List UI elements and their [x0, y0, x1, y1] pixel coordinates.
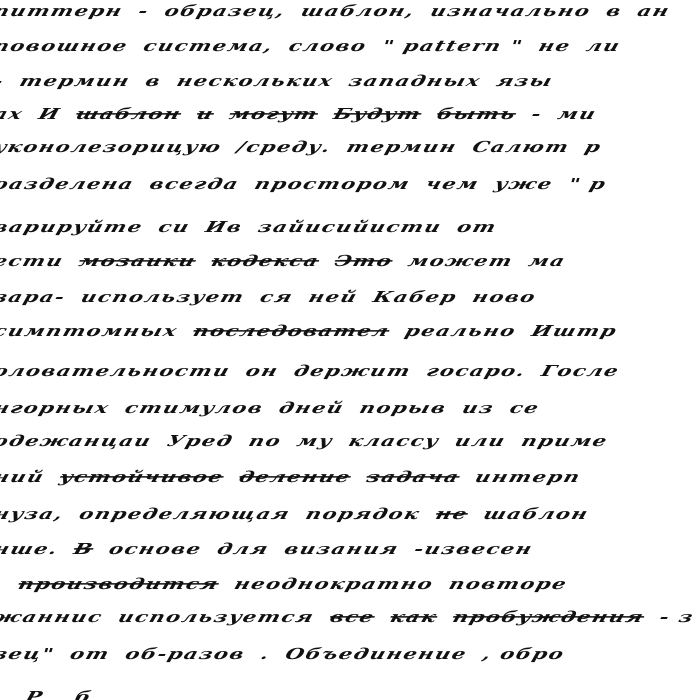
word: - [136, 1, 152, 19]
struck-word: производится [16, 575, 221, 593]
word: одежанцаи [0, 432, 154, 450]
word: простором [252, 175, 412, 193]
word: б [73, 688, 95, 700]
word: шаблон [481, 505, 591, 523]
handwritten-line: ахИшаблонимогутБудутбыть-ми [0, 105, 615, 123]
word: или [453, 432, 509, 450]
handwritten-line: варируйтесиИвзайисийистиот [0, 218, 515, 236]
word: нше. [0, 540, 61, 558]
struck-word: и [195, 105, 217, 123]
word: дней [277, 399, 347, 417]
struck-word: все [328, 608, 378, 626]
word: изначально [428, 1, 593, 19]
word: се [508, 399, 542, 417]
handwritten-line: повошноесистема,слово" pattern "нели [0, 37, 639, 55]
handwritten-line: оазделенавсегдапросторомчемуже" р [0, 175, 625, 193]
word: ли [584, 37, 623, 55]
word: оловательности [0, 362, 233, 380]
word: р [583, 138, 605, 156]
word: ново [470, 288, 538, 306]
handwritten-line: Р б [0, 688, 111, 700]
word: не [536, 37, 573, 55]
word: об-разов [123, 645, 248, 663]
handwritten-line: жаннисиспользуетсявсекакпробуждения- з [0, 608, 700, 626]
word: повошное [0, 37, 131, 55]
word: ней [306, 288, 360, 306]
word: ний [0, 468, 47, 486]
word: ан [635, 1, 672, 19]
handwritten-line: одежанцаиУредпомуклассуилиприме [0, 432, 627, 450]
word: питтерн [0, 1, 126, 19]
struck-word: Это [333, 252, 396, 270]
word: стимулов [123, 399, 266, 417]
word: в [604, 1, 625, 19]
word: Иштр [529, 322, 619, 340]
word: он [244, 362, 282, 380]
word: , [0, 575, 5, 593]
word: неоднократно [232, 575, 436, 593]
struck-word: устойчивое [58, 468, 227, 486]
word: термин [344, 138, 459, 156]
word: И [36, 105, 63, 123]
word: ся [258, 288, 296, 306]
word: интерп [473, 468, 583, 486]
struck-word: деление [237, 468, 353, 486]
word: реально [403, 322, 519, 340]
word: -извесен [412, 540, 535, 558]
word: уже [492, 175, 555, 193]
word: термин [18, 72, 133, 90]
word: ми [556, 105, 600, 123]
word: нуза, [0, 505, 66, 523]
handwritten-line: нуза,определяющаяпорядокнешаблон [0, 505, 607, 523]
word: для [215, 540, 272, 558]
word: Объединение [283, 645, 469, 663]
word: в [143, 72, 164, 90]
handwritten-line: нгорныхстимуловднейпорывизсе [0, 399, 558, 417]
word: может [406, 252, 516, 270]
handwritten-line: питтерн-образец,шаблон,изначальнован [0, 1, 689, 19]
handwritten-line: естимозаикикодексаЭтоможетма [0, 252, 584, 270]
word: оазделена [0, 175, 137, 193]
struck-word: задача [364, 468, 462, 486]
handwritten-line: нийустойчивоеделениезадачаинтерп [0, 468, 599, 486]
struck-word: Будут [331, 105, 424, 123]
word: Ив [203, 218, 245, 236]
word: повторе [447, 575, 570, 593]
word: си [156, 218, 192, 236]
word: Уред [165, 432, 236, 450]
word: . [259, 645, 273, 663]
word: , обро [480, 645, 567, 663]
struck-word: быть [435, 105, 519, 123]
handwritten-line: оловательностиондержитгосаро.Госле [0, 362, 638, 380]
word: нгорных [0, 399, 112, 417]
word: визания [282, 540, 401, 558]
word: " pattern " [380, 37, 526, 55]
word: нескольких [175, 72, 336, 90]
word: - з [657, 608, 696, 626]
handwritten-line: зец"отоб-разов.Объединение, обро [0, 645, 583, 663]
word: из [460, 399, 497, 417]
word: /среду. [235, 138, 334, 156]
struck-word: шаблон [74, 105, 184, 123]
word: ести [0, 252, 66, 270]
word: порыв [357, 399, 449, 417]
word: Кабер [371, 288, 460, 306]
word: от [68, 645, 113, 663]
word: " р [566, 175, 609, 193]
handwritten-line: -терминвнесколькихзападныхязы [0, 72, 572, 90]
word: основе [107, 540, 205, 558]
struck-word: последовател [191, 322, 392, 340]
word: от [455, 218, 500, 236]
word: язы [494, 72, 555, 90]
word: держит [292, 362, 414, 380]
word: чем [424, 175, 482, 193]
word: - [0, 72, 7, 90]
word: Р [23, 688, 46, 700]
handwritten-line: нше.Восноведлявизания-извесен [0, 540, 551, 558]
word: уконолезорицую [0, 138, 224, 156]
word: Госле [539, 362, 622, 380]
word: используется [116, 608, 317, 626]
handwritten-line: симптомныхпоследователреальноИштр [0, 322, 636, 340]
word: симптомных [0, 322, 180, 340]
word: - [529, 105, 545, 123]
word: порядок [304, 505, 423, 523]
word: Салют [470, 138, 572, 156]
struck-word: мозаики [77, 252, 199, 270]
word: зец" [0, 645, 57, 663]
word: му [295, 432, 336, 450]
struck-word: не [434, 505, 471, 523]
word: использует [79, 288, 247, 306]
handwritten-page: питтерн-образец,шаблон,изначальнованпово… [0, 0, 700, 700]
word: зара- [0, 288, 68, 306]
struck-word: кодекса [209, 252, 322, 270]
word: госаро. [424, 362, 528, 380]
word: зайисийисти [256, 218, 444, 236]
struck-word: пробуждения [451, 608, 647, 626]
struck-word: В [72, 540, 97, 558]
word: система, [141, 37, 276, 55]
word: по [247, 432, 285, 450]
word: всегда [147, 175, 241, 193]
word: приме [519, 432, 610, 450]
word: шаблон, [299, 1, 418, 19]
word: западных [347, 72, 484, 90]
word: жаннис [0, 608, 105, 626]
handwritten-line: зара-используетсянейКаберново [0, 288, 555, 306]
word: слово [287, 37, 370, 55]
word: варируйте [0, 218, 146, 236]
handwritten-line: уконолезорицую/среду.терминСалютр [0, 138, 620, 156]
word: классу [346, 432, 442, 450]
handwritten-line: ,производитсянеоднократноповторе [0, 575, 586, 593]
word: определяющая [77, 505, 293, 523]
word: образец, [162, 1, 288, 19]
struck-word: могут [227, 105, 320, 123]
struck-word: как [388, 608, 440, 626]
word: ма [526, 252, 568, 270]
word: ах [0, 105, 26, 123]
